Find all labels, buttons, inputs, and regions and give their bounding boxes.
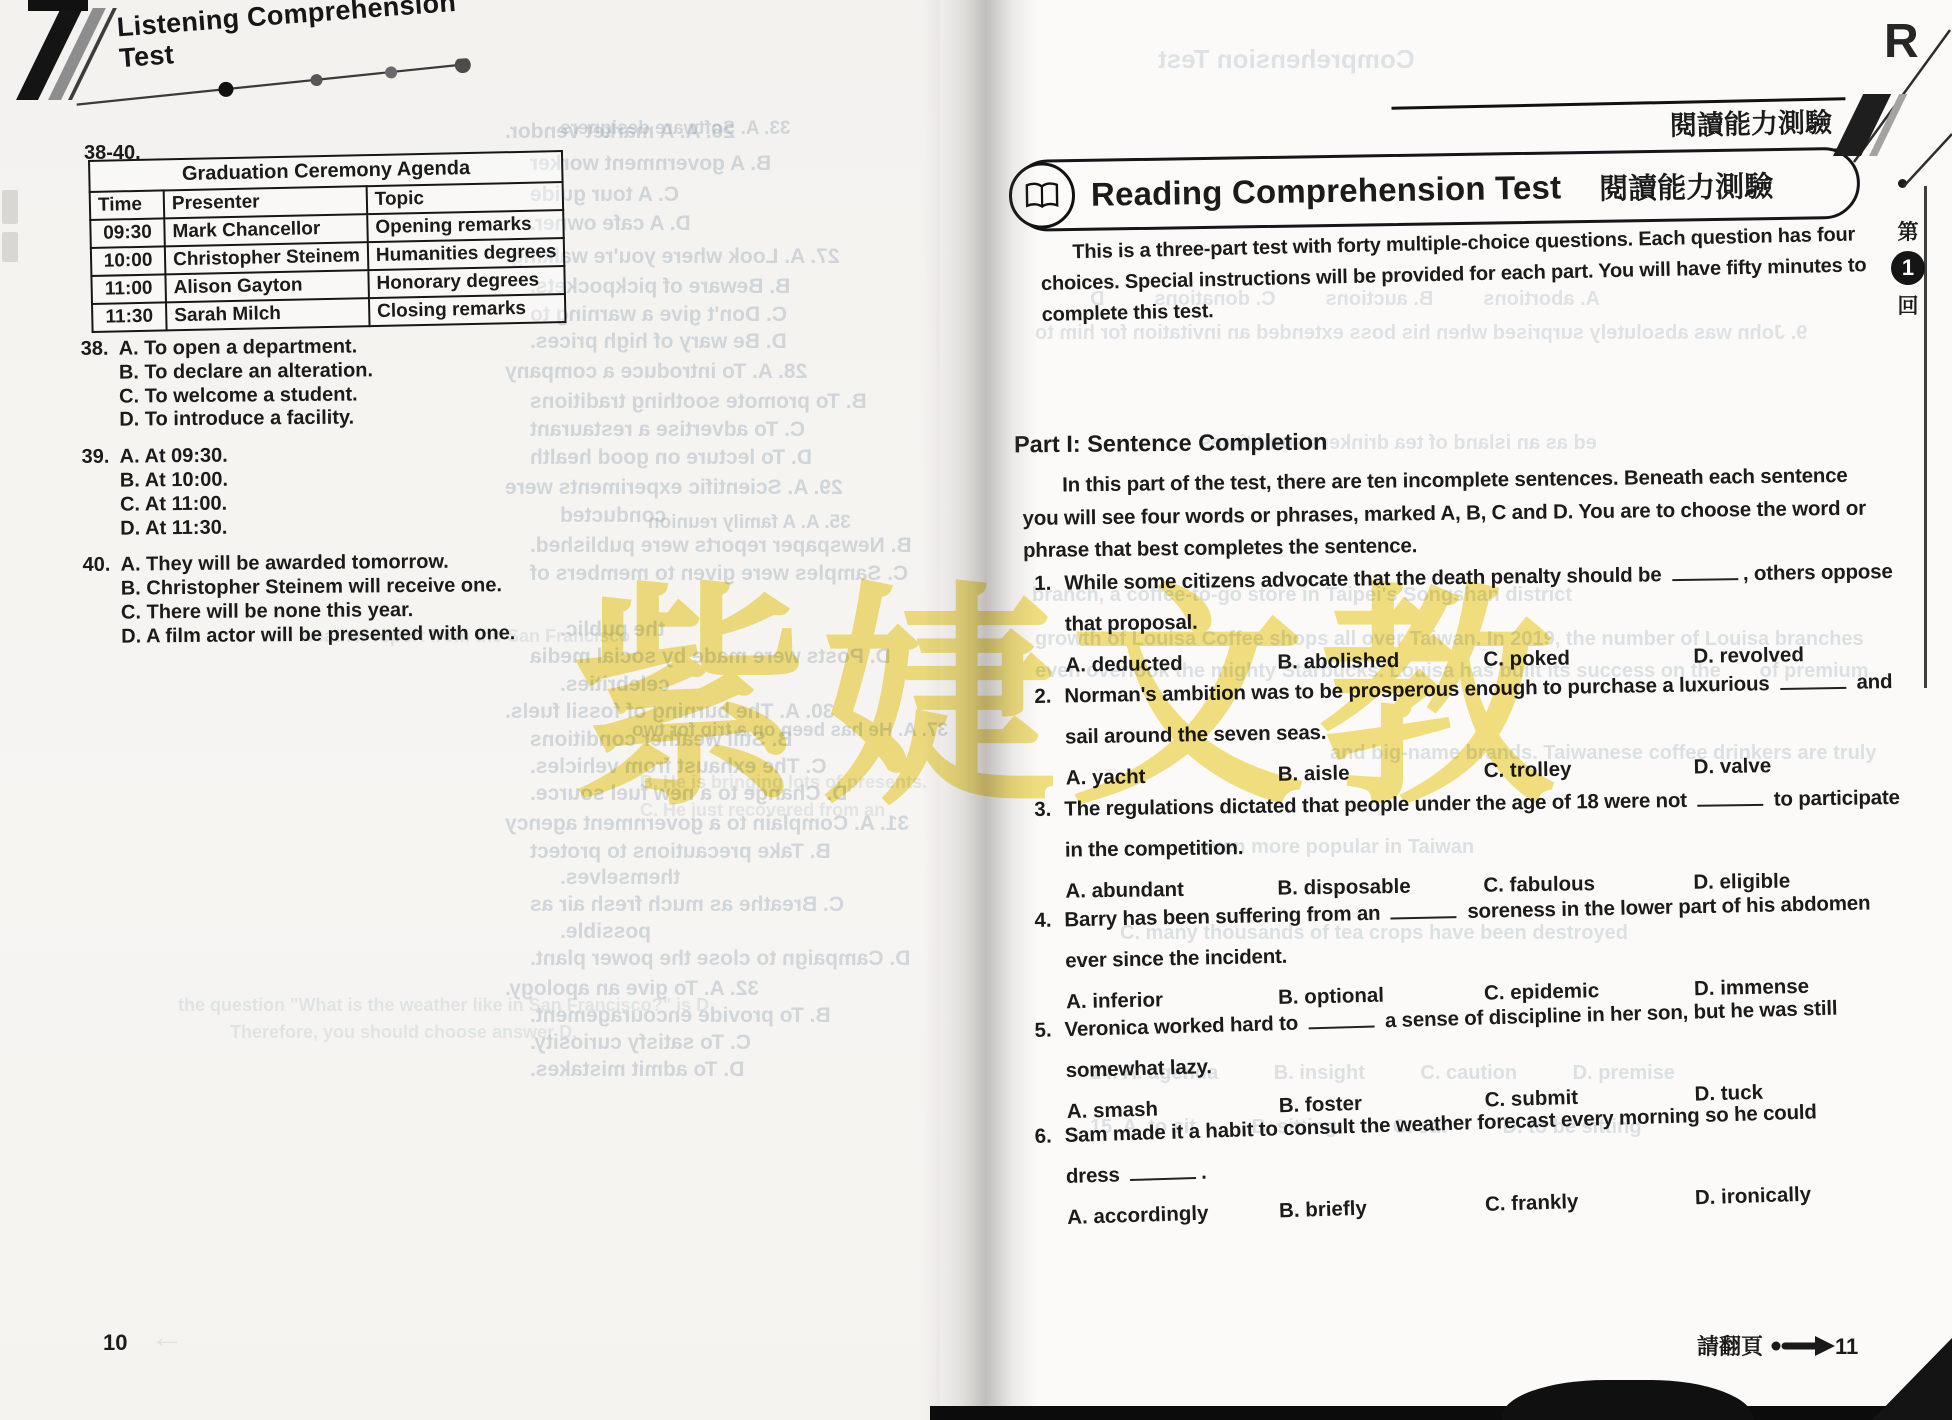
agenda-cell-time: 10:00 [91,246,166,276]
ghost-text: B. A government worker [530,152,771,176]
page-number-right: 11 [1835,1334,1858,1360]
answer-blank [1780,673,1846,690]
option-line: D. At 11:30. [120,514,522,541]
agenda-cell-presenter: Sarah Milch [166,298,369,330]
option-line: D. To introduce a facility. [119,405,521,432]
question-block: 39.A. At 09:30.B. At 10:00.C. At 11:00.D… [82,442,523,541]
badge-number: 1 [1891,251,1925,285]
test-intro: This is a three-part test with forty mul… [1040,219,1867,331]
left-questions: 38.A. To open a department.B. To declare… [81,334,524,662]
option-text: C. To welcome a student. [119,383,358,407]
answer-blank [1130,1163,1196,1181]
ghost-text: 29. A. Scientific experiments were [505,476,843,500]
question-number: 40. [82,554,120,578]
publisher-watermark: 紫婕文教 [572,582,1568,817]
ghost-text: D. To lecture on good health [530,446,812,470]
agenda-col-header: Time [90,190,165,220]
option-line: C. There will be none this year. [121,598,523,625]
option-text: B. To declare an alteration. [119,359,373,383]
answer-blank [1672,564,1738,581]
agenda-cell-topic: Humanities degrees [368,238,565,270]
agenda-col-header: Topic [366,182,563,214]
agenda-cell-presenter: Mark Chancellor [164,214,367,246]
question-number: 5. [1034,1009,1067,1130]
agenda-cell-topic: Honorary degrees [368,266,565,298]
option-text: D. At 11:30. [120,516,227,539]
ghost-text: themselves. [560,866,680,890]
ghost-text: 28. A. To introduce a company [505,360,807,384]
option-text: C. There will be none this year. [121,599,413,624]
ghost-text: Comprehension Test [1158,44,1415,75]
agenda-col-header: Presenter [164,186,367,218]
option-text: A. They will be awarded tomorrow. [120,551,448,576]
ghost-text: B. Take precautions to protect [530,840,831,864]
corner-mark [28,0,88,11]
question-body: Sam made it a habit to consult the weath… [1064,1091,1820,1235]
option-text: B. Christopher Steinem will receive one. [121,574,502,599]
badge-bottom-char: 回 [1886,290,1930,320]
scanned-test-booklet: Listening Comprehension Test 38-40. Grad… [0,0,1952,1420]
question-number: 6. [1034,1115,1068,1236]
page-number-left: 10 [103,1330,127,1356]
option-line: C. To welcome a student. [119,382,521,409]
option-text: A. At 09:30. [120,445,228,468]
option-text: C. frankly [1484,1181,1695,1222]
reading-title-cjk: 閱讀能力測驗 [1599,164,1774,208]
agenda-cell-presenter: Christopher Steinem [165,242,368,274]
reading-title: Reading Comprehension Test [1091,168,1562,213]
bottom-edge [930,1406,1952,1420]
question-number: 38. [81,338,119,362]
option-text: B. briefly [1279,1188,1486,1228]
question-block: 38.A. To open a department.B. To declare… [81,334,522,433]
option-text: C. At 11:00. [120,492,227,515]
agenda-cell-time: 11:00 [91,274,166,304]
option-text: A. accordingly [1067,1194,1280,1235]
ghost-text: Therefore, you should choose answer D. [230,1022,577,1043]
ghost-text: C. To advertise a restaurant [530,418,805,442]
agenda-cell-topic: Opening remarks [367,210,564,242]
option-line: B. To declare an alteration. [119,358,521,385]
option-line: C. At 11:00. [120,490,522,517]
ghost-text: D. Campaign to close the power plant. [530,947,910,971]
turn-page-footer: 請翻頁 [1697,1330,1847,1361]
agenda-cell-topic: Closing remarks [369,294,566,326]
ghost-text: 35. A. A family reunion [648,512,851,534]
badge-diagonal-line [1900,130,1952,190]
reading-banner: Reading Comprehension Test 閱讀能力測驗 [1011,147,1860,232]
margin-stamp [2,232,18,262]
margin-stamp [2,190,18,224]
part1-heading: Part I: Sentence Completion [1014,429,1328,459]
ghost-text: C. Don't give a warning to [530,303,787,327]
option-text: D. ironically [1694,1177,1819,1215]
option-text: A. To open a department. [119,336,358,360]
option-text: D. A film actor will be presented with o… [121,622,515,647]
round-badge: 第 1 回 [1886,216,1930,320]
part1-instructions: In this part of the test, there are ten … [1022,460,1867,568]
ghost-text: 33. A. Software designers [560,118,791,140]
ghost-text: B. Beware of pickpockets. [530,275,790,299]
ghost-text: possible. [560,920,651,944]
turn-page-label: 請翻頁 [1697,1330,1763,1361]
agenda-cell-time: 11:30 [92,302,167,332]
ghost-text: B. Newspaper reports were published. [530,534,912,558]
ghost-text: B. To promote soothing traditions [530,390,867,414]
option-line: D. A film actor will be presented with o… [121,622,523,649]
answer-blank [1697,790,1763,807]
answer-blank [1308,1012,1374,1030]
ghost-text: D. To admit mistakes. [530,1058,744,1082]
agenda-table: Graduation Ceremony AgendaTimePresenterT… [88,150,567,333]
ghost-text: the question "What is the weather like i… [178,995,709,1016]
agenda-cell-presenter: Alison Gayton [165,270,368,302]
question-number: 39. [82,446,120,470]
option-line: B. At 10:00. [120,466,522,493]
answer-blank [1391,902,1457,919]
ghost-text: ← [150,1318,184,1357]
question-number: 4. [1034,899,1067,1020]
option-text: D. To introduce a facility. [119,407,354,431]
ghost-text: D. Be wary of high prices. [530,330,787,354]
agenda-cell-time: 09:30 [90,218,165,248]
badge-top-char: 第 [1886,216,1930,246]
option-line: B. Christopher Steinem will receive one. [121,574,523,601]
question-block: 40.A. They will be awarded tomorrow.B. C… [82,550,523,649]
option-text: B. At 10:00. [120,469,228,492]
ghost-text: C. Breathe as much fresh air as [530,893,844,917]
